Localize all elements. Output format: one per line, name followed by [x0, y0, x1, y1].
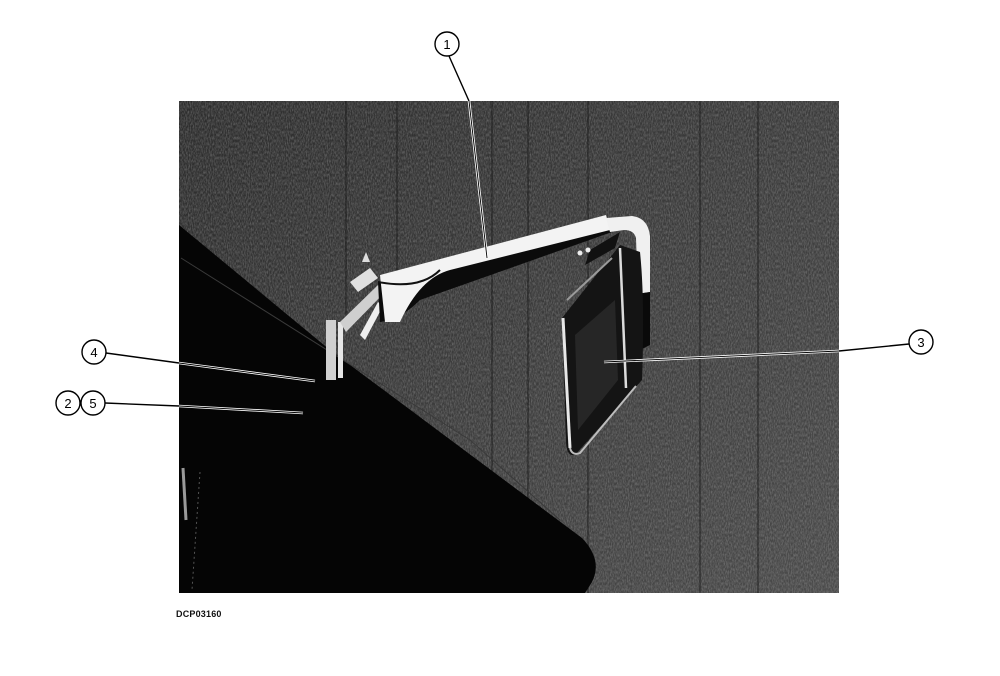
- callout-5-label: 5: [89, 396, 96, 411]
- callout-4-label: 4: [90, 345, 97, 360]
- callout-3-label: 3: [917, 335, 924, 350]
- callout-1-label: 1: [443, 37, 450, 52]
- figure-id-label: DCP03160: [176, 609, 222, 619]
- photo: [179, 101, 839, 600]
- callout-2-label: 2: [64, 396, 71, 411]
- mirror-figure: 1 2 5 3 4: [0, 0, 1000, 676]
